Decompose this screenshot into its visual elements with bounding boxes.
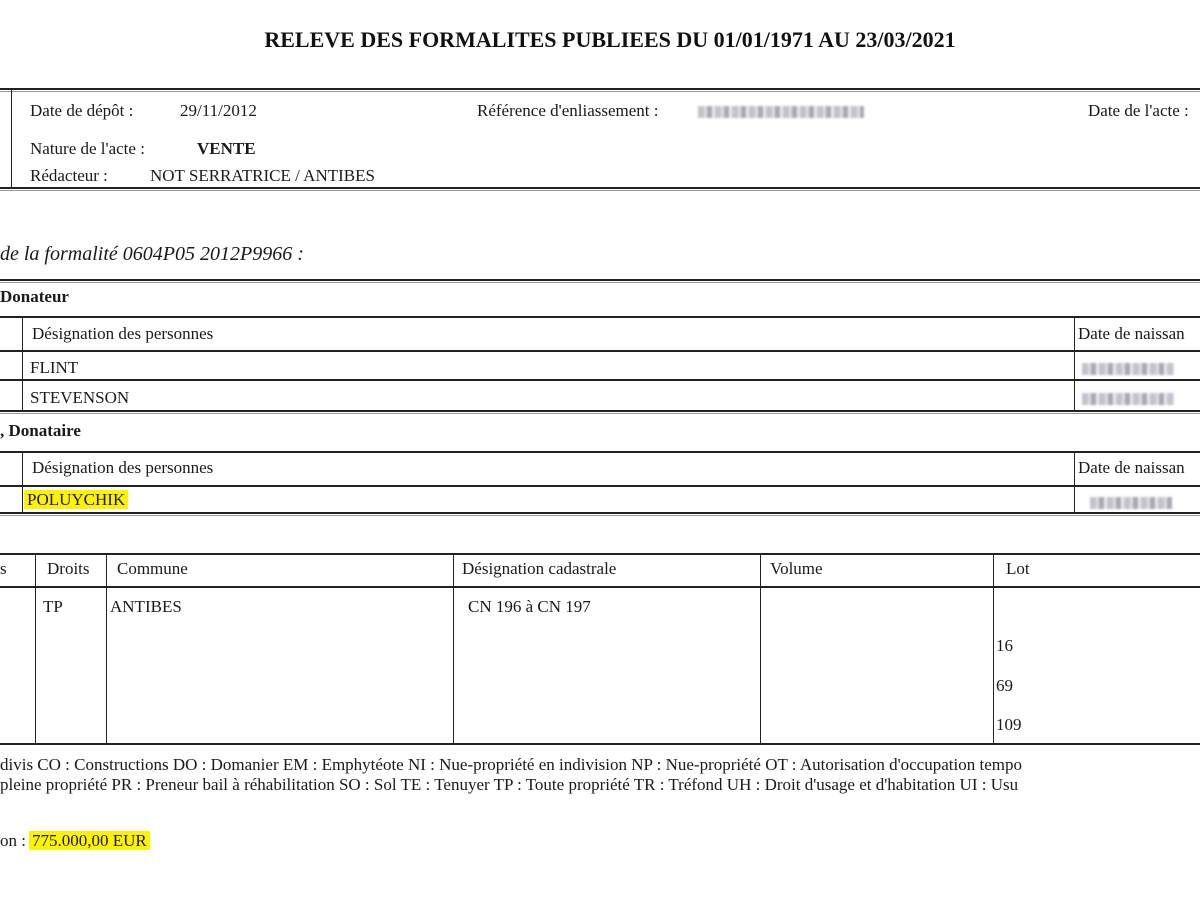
header-bottom-border (0, 187, 1200, 191)
date-depot-value: 29/11/2012 (180, 101, 257, 121)
cell-droits: TP (43, 597, 63, 617)
nature-value: VENTE (197, 139, 256, 159)
donataire-col-birth: Date de naissan (1078, 458, 1185, 478)
donateur-name-1: FLINT (30, 358, 78, 378)
header-top-border (0, 88, 1200, 92)
col-header-lot: Lot (1006, 559, 1030, 579)
immeubles-top-border (0, 553, 1200, 555)
cell-lot-3: 109 (996, 715, 1022, 735)
row-border (0, 379, 1200, 381)
donataire-birth-divider (1074, 452, 1075, 514)
donateur-birth-divider (1074, 317, 1075, 412)
donataire-name-1: POLUYCHIK (24, 490, 128, 510)
legend-line-2: pleine propriété PR : Preneur bail à réh… (0, 775, 1018, 795)
donateur-header-border (0, 316, 1200, 318)
donateur-bottom-border (0, 410, 1200, 414)
cell-lot-2: 69 (996, 676, 1013, 696)
col-header-droits: Droits (47, 559, 90, 579)
col-header-designation: Désignation cadastrale (462, 559, 616, 579)
col-header-volume: Volume (770, 559, 823, 579)
reference-value-redacted (698, 105, 864, 123)
header-left-border (11, 90, 12, 188)
donataire-col-divider (22, 452, 23, 514)
immeubles-header-border (0, 586, 1200, 588)
donateur-col-designation: Désignation des personnes (32, 324, 213, 344)
col-divider (993, 554, 994, 744)
donataire-bottom-border (0, 512, 1200, 516)
col-divider (35, 554, 36, 744)
donataire-col-designation: Désignation des personnes (32, 458, 213, 478)
redacteur-label: Rédacteur : (30, 166, 108, 186)
donateur-col-birth: Date de naissan (1078, 324, 1185, 344)
donateur-birth-2-redacted (1082, 392, 1174, 410)
col-divider (106, 554, 107, 744)
redacteur-value: NOT SERRATRICE / ANTIBES (150, 166, 375, 186)
highlighted-name: POLUYCHIK (24, 490, 128, 509)
prix-label: on : (0, 831, 26, 851)
nature-label: Nature de l'acte : (30, 139, 145, 159)
cell-lot-1: 16 (996, 636, 1013, 656)
formalite-heading: de la formalité 0604P05 2012P9966 : (0, 243, 304, 266)
date-acte-label: Date de l'acte : (1088, 101, 1189, 121)
date-depot-label: Date de dépôt : (30, 101, 133, 121)
donataire-header-border (0, 451, 1200, 453)
cell-designation: CN 196 à CN 197 (468, 597, 591, 617)
immeubles-bottom-border (0, 743, 1200, 745)
donateur-name-2: STEVENSON (30, 388, 129, 408)
donateur-section-label: Donateur (0, 287, 69, 307)
donataire-section-label: , Donataire (0, 421, 81, 441)
col-divider (760, 554, 761, 744)
legend-line-1: divis CO : Constructions DO : Domanier E… (0, 755, 1022, 775)
row-border (0, 485, 1200, 487)
donateur-top-border (0, 279, 1200, 283)
highlighted-price: 775.000,00 EUR (29, 831, 150, 850)
reference-label: Référence d'enliassement : (477, 101, 658, 121)
col-divider (453, 554, 454, 744)
prix-value: 775.000,00 EUR (29, 831, 150, 851)
cell-commune: ANTIBES (110, 597, 182, 617)
donateur-birth-1-redacted (1082, 362, 1174, 380)
col-header-truncated: s (0, 559, 7, 579)
col-header-commune: Commune (117, 559, 188, 579)
donateur-col-divider (22, 317, 23, 412)
document-title: RELEVE DES FORMALITES PUBLIEES DU 01/01/… (0, 27, 1200, 53)
row-border (0, 350, 1200, 352)
